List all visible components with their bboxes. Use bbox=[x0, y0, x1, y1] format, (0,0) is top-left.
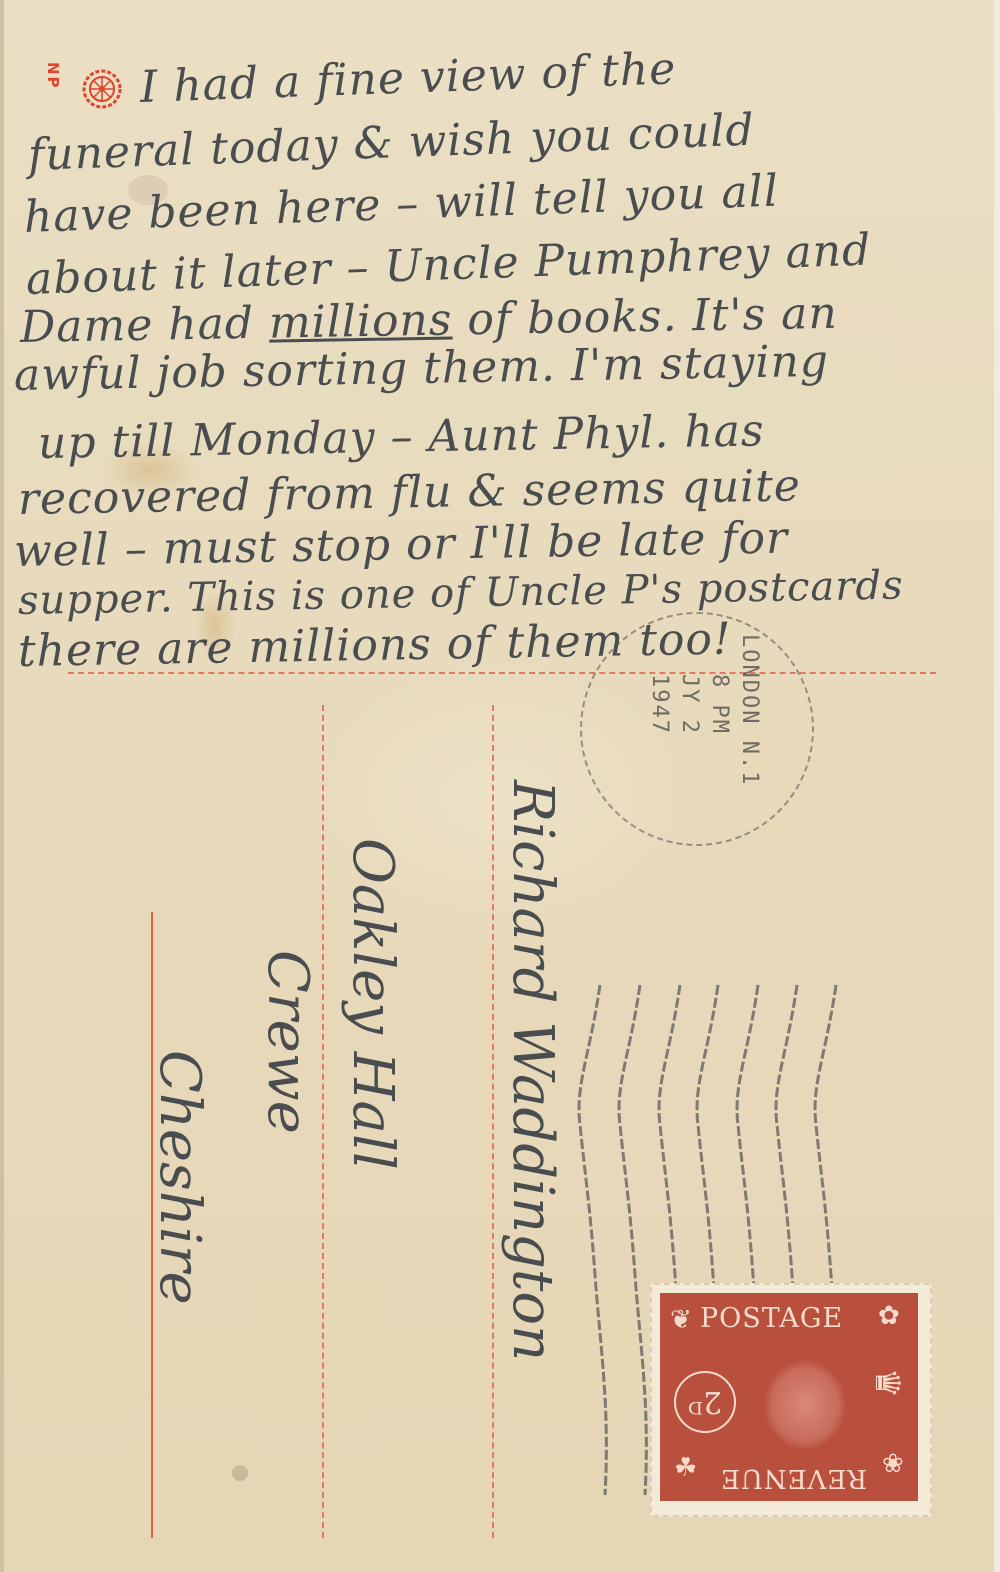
rose-icon: ✿ bbox=[878, 1301, 900, 1331]
address-guide-line bbox=[492, 705, 494, 1538]
stamp-value: 2ᴰ bbox=[674, 1371, 736, 1433]
message-address-divider bbox=[68, 672, 936, 674]
thistle-icon: ❦ bbox=[670, 1305, 692, 1335]
message-line: I had a fine view of the bbox=[139, 43, 677, 113]
stamp-revenue-text: REVENUE bbox=[720, 1463, 867, 1493]
crown-icon: ♛ bbox=[867, 1368, 907, 1398]
king-portrait bbox=[750, 1345, 860, 1465]
stamp-postage-text: POSTAGE bbox=[700, 1303, 843, 1334]
address-guide-line bbox=[322, 705, 324, 1538]
address-line-county: Cheshire bbox=[147, 1050, 212, 1305]
postage-stamp: POSTAGE 2ᴰ ♛ ✿ ❦ ☘ ❀ REVENUE bbox=[650, 1283, 932, 1517]
underlined-word: millions bbox=[269, 294, 453, 348]
postmark-city: LONDON N.1 bbox=[737, 634, 762, 786]
shamrock-icon: ☘ bbox=[674, 1453, 697, 1483]
postmark: LONDON N.1 8 PM JY 2 1947 bbox=[580, 612, 814, 846]
postcard-back: NP I had a fine view of the funeral toda… bbox=[0, 0, 1000, 1572]
message-line-part: Dame had bbox=[20, 298, 270, 353]
stamp-face: POSTAGE 2ᴰ ♛ ✿ ❦ ☘ ❀ REVENUE bbox=[660, 1293, 918, 1501]
postmark-district: N.1 bbox=[737, 741, 762, 787]
address-line-town: Crewe bbox=[255, 950, 320, 1134]
postmark-year: 1947 bbox=[647, 674, 672, 735]
paper-stain bbox=[232, 1465, 248, 1481]
postmark-time: 8 PM bbox=[707, 674, 732, 735]
postmark-date: JY 2 bbox=[677, 674, 702, 735]
message-line: up till Monday – Aunt Phyl. has bbox=[38, 405, 765, 469]
address-line-house: Oakley Hall bbox=[340, 838, 405, 1170]
postmark-city-text: LONDON bbox=[737, 634, 762, 725]
daffodil-icon: ❀ bbox=[882, 1449, 904, 1479]
handwritten-message: I had a fine view of the funeral today &… bbox=[0, 0, 1000, 680]
address-line-name: Richard Waddington bbox=[500, 780, 565, 1361]
